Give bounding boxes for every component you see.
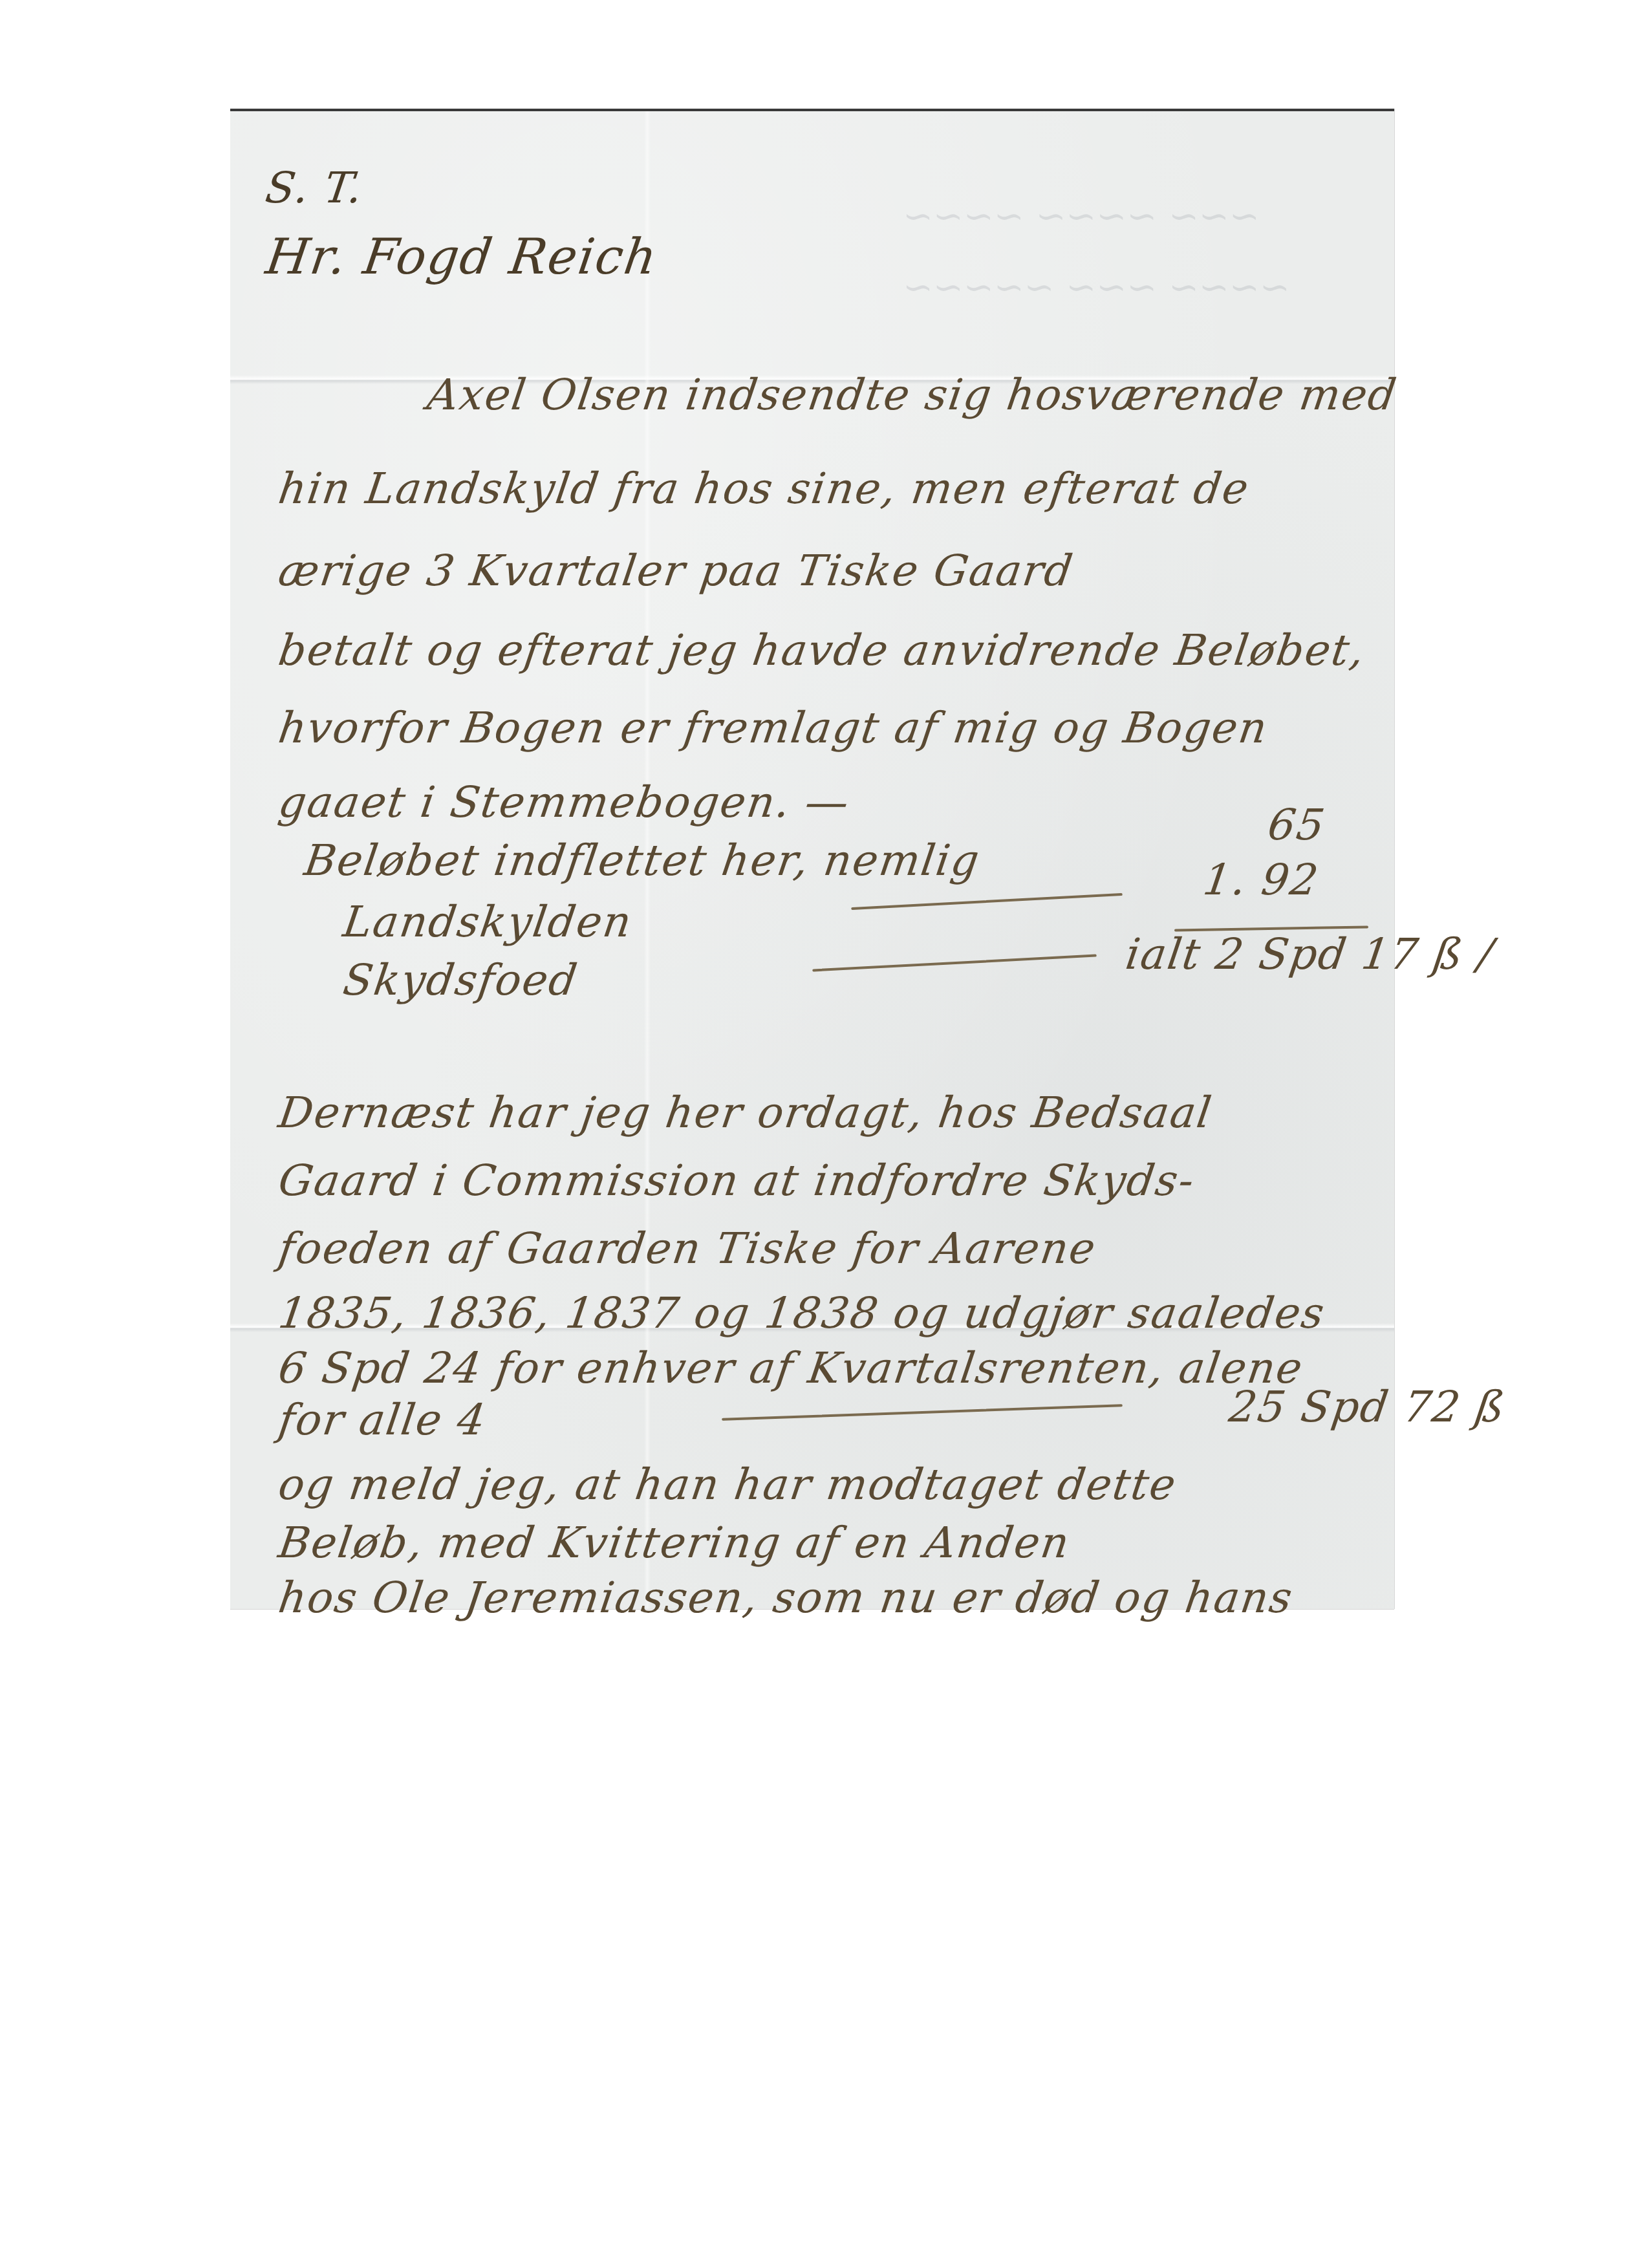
total-label: for alle 4 <box>275 1395 490 1445</box>
ledger-amount: 65 <box>1265 800 1329 850</box>
total-amount: 25 Spd 72 ß <box>1226 1382 1509 1432</box>
salutation-line2: Hr. Fogd Reich <box>263 228 662 285</box>
body-line: hvorfor Bogen er fremlagt af mig og Boge… <box>275 703 1271 753</box>
letter-page: ~~~ ~~~~ ~~~~ ~~~~ ~~~ ~~~~~ S. T. Hr. F… <box>230 109 1394 1609</box>
body-line: foeden af Gaarden Tiske for Aarene <box>275 1224 1099 1273</box>
body-line: Dernæst har jeg her ordagt, hos Bedsaal <box>275 1088 1216 1138</box>
body-line: hos Ole Jeremiassen, som nu er død og ha… <box>275 1573 1297 1623</box>
body-line: Axel Olsen indsendte sig hosværende med <box>424 370 1401 420</box>
body-line: Gaard i Commission at indfordre Skyds- <box>275 1156 1198 1205</box>
ledger-rule <box>812 954 1097 971</box>
total-rule <box>722 1404 1123 1421</box>
ledger-total: ialt 2 Spd 17 ß / <box>1123 929 1498 979</box>
body-line: hin Landskyld fra hos sine, men efterat … <box>275 464 1253 513</box>
bleed-through-text: ~~~~ ~~~ ~~~~~ <box>903 266 1290 308</box>
ledger-label: Landskylden <box>340 897 636 947</box>
body-line: og meld jeg, at han har modtaget dette <box>275 1460 1180 1509</box>
ledger-amount: 1. 92 <box>1200 855 1322 905</box>
ledger-rule <box>851 893 1123 910</box>
salutation-line1: S. T. <box>263 163 367 213</box>
ledger-label: Skydsfoed <box>340 955 581 1005</box>
body-line: ærige 3 Kvartaler paa Tiske Gaard <box>275 546 1077 596</box>
body-line: 1835, 1836, 1837 og 1838 og udgjør saale… <box>275 1288 1328 1338</box>
body-line: betalt og efterat jeg havde anvidrende B… <box>275 625 1368 675</box>
body-line: gaaet i Stemmebogen. — <box>275 777 853 827</box>
body-line: 6 Spd 24 for enhver af Kvartalsrenten, a… <box>275 1343 1306 1393</box>
body-line: Beløb, med Kvittering af en Anden <box>275 1518 1073 1568</box>
bleed-through-text: ~~~ ~~~~ ~~~~ <box>903 195 1260 237</box>
ledger-intro: Beløbet indflettet her, nemlig <box>301 836 984 885</box>
